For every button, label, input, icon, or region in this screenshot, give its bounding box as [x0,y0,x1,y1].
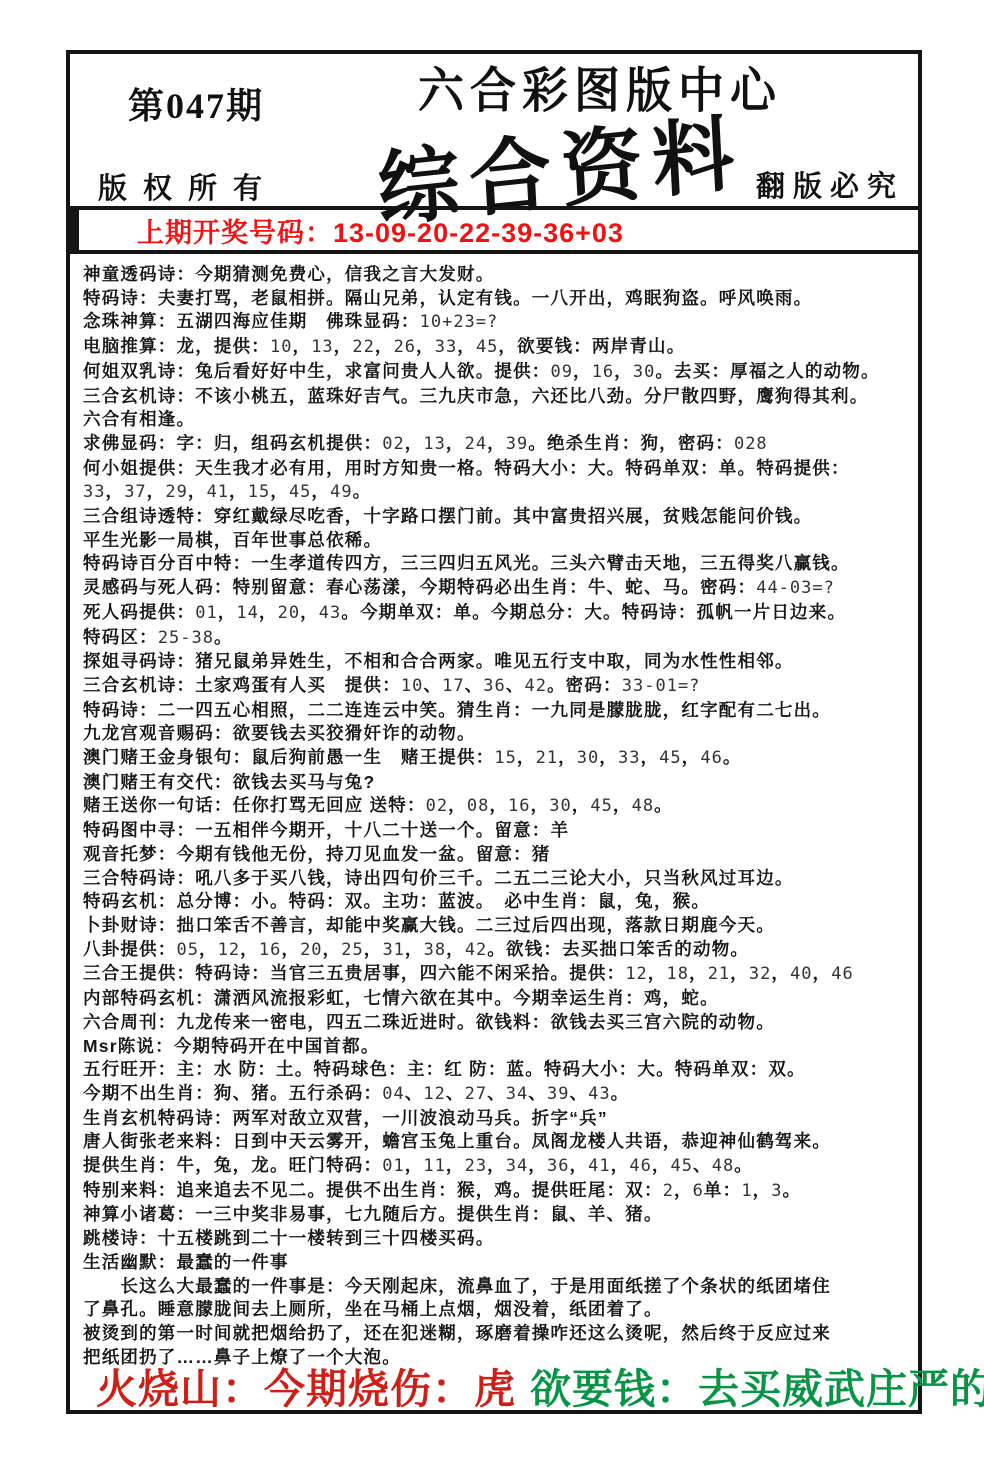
body-line: 何姐双乳诗：兔后看好好中生，求富问贵人人欲。提供：09，16，30。去买：厚福之… [83,360,910,385]
body-line: 探姐寻码诗：猪兄鼠弟异姓生，不相和合合两家。唯见五行支中取，同为水性性相邻。 [83,650,910,674]
body-line: 三合玄机诗：土家鸡蛋有人买 提供：10、17、36、42。密码：33-01=? [83,674,910,699]
body-line: 神童透码诗：今期猜测免费心，信我之言大发财。 [83,263,910,287]
body-line: 特码区：25-38。 [83,626,910,651]
body-line: 特码诗百分百中特：一生孝道传四方，三三四归五风光。三头六臂击天地，三五得奖八赢钱… [83,552,910,576]
body-line: 长这么大最蠢的一件事是：今天刚起床，流鼻血了，于是用面纸搓了个条状的纸团堵住 [83,1275,910,1299]
body-line: 神算小诸葛：一三中奖非易事，七九随后方。提供生肖：鼠、羊、猪。 [83,1203,910,1227]
footer-red-text: 火烧山：今期烧伤：虎 [96,1356,516,1415]
last-draw-row: 上期开奖号码：13-09-20-22-39-36+03 [70,206,918,254]
body-line: 特码诗：夫妻打骂，老鼠相拼。隔山兄弟，认定有钱。一八开出，鸡眠狗盗。呼风唤雨。 [83,287,910,311]
page-frame: 第047期 六合彩图版中心 综合资料 版权所有 翻版必究 上期开奖号码：13-0… [66,50,922,1414]
last-draw-numbers: 上期开奖号码：13-09-20-22-39-36+03 [137,211,624,250]
body-line: 死人码提供：01，14，20，43。今期单双：单。今期总分：大。特码诗：孤帆一片… [83,601,910,626]
body-line: 八卦提供：05，12，16，20，25，31，38，42。欲钱：去买拙口笨舌的动… [83,938,910,963]
body-line: 三合组诗透特：穿红戴绿尽吃香，十字路口摆门前。其中富贵招兴展，贫贱怎能问价钱。 [83,505,910,529]
body-text: 神童透码诗：今期猜测免费心，信我之言大发财。特码诗：夫妻打骂，老鼠相拼。隔山兄弟… [70,258,918,1369]
body-line: 生活幽默：最蠢的一件事 [83,1251,910,1275]
footer-highlight: 火烧山：今期烧伤：虎 欲要钱：去买威武庄严的动物 [96,1360,916,1410]
body-line: 跳楼诗：十五楼跳到二十一楼转到三十四楼买码。 [83,1227,910,1251]
body-line: 平生光影一局棋，百年世事总依稀。 [83,529,910,553]
issue-number: 第047期 [128,78,264,129]
footer-green-text: 欲要钱：去买威武庄严的动物 [530,1356,984,1415]
body-line: 三合特码诗：吼八多于买八钱，诗出四句价三千。二五二三论大小，只当秋风过耳边。 [83,867,910,891]
body-line: 六合有相逢。 [83,408,910,432]
body-line: 了鼻孔。睡意朦胧间去上厕所，坐在马桶上点烟，烟没着，纸团着了。 [83,1298,910,1322]
body-line: 三合王提供：特码诗：当官三五贵居事，四六能不闲采拾。提供：12，18，21，32… [83,962,910,987]
body-line: 特码图中寻：一五相伴今期开，十八二十送一个。留意：羊 [83,819,910,843]
body-line: 六合周刊：九龙传来一密电，四五二珠近进时。欲钱料：欲钱去买三宫六院的动物。 [83,1011,910,1035]
body-line: 澳门赌王金身银句：鼠后狗前愚一生 赌王提供：15，21，30，33，45，46。 [83,746,910,771]
body-line: Msr陈说：今期特码开在中国首都。 [83,1035,910,1059]
body-line: 灵感码与死人码：特别留意：春心荡漾，今期特码必出生肖：牛、蛇、马。密码：44-0… [83,576,910,601]
body-line: 特码诗：二一四五心相照，二二连连云中笑。猜生肖：一九同是朦胧胧，红字配有二七出。 [83,699,910,723]
body-line: 特码玄机：总分博：小。特码：双。主功：蓝波。 必中生肖：鼠，兔，猴。 [83,890,910,914]
body-line: 澳门赌王有交代：欲钱去买马与兔? [83,771,910,795]
body-line: 唐人街张老来料：日到中天云雾开，蟾宫玉兔上重台。凤阁龙楼人共语，恭迎神仙鹤驾来。 [83,1130,910,1154]
body-line: 今期不出生肖：狗、猪。五行杀码：04、12、27、34、39、43。 [83,1082,910,1107]
body-line: 求佛显码：字：归，组码玄机提供：02，13，24，39。绝杀生肖：狗，密码：02… [83,432,910,457]
body-line: 卜卦财诗：拙口笨舌不善言，却能中奖赢大钱。二三过后四出现，落款日期鹿今天。 [83,914,910,938]
body-line: 33，37，29，41，15，45，49。 [83,480,910,505]
body-line: 五行旺开：主：水 防：土。特码球色：主：红 防：蓝。特码大小：大。特码单双：双。 [83,1058,910,1082]
body-line: 生肖玄机特码诗：两军对敌立双营，一川波浪动马兵。折字“兵” [83,1107,910,1131]
body-line: 提供生肖：牛，兔，龙。旺门特码：01，11，23，34，36，41，46，45、… [83,1154,910,1179]
body-line: 念珠神算：五湖四海应佳期 佛珠显码：10+23=? [83,310,910,335]
body-line: 赌王送你一句话：任你打骂无回应 送特：02，08，16，30，45，48。 [83,794,910,819]
body-line: 内部特码玄机：潇洒风流报彩虹，七情六欲在其中。今期幸运生肖：鸡，蛇。 [83,987,910,1011]
body-line: 观音托梦：今期有钱他无份，持刀见血发一盆。留意：猪 [83,843,910,867]
body-line: 电脑推算：龙，提供：10，13，22，26，33，45，欲要钱：两岸青山。 [83,335,910,360]
body-line: 何小姐提供：天生我才必有用，用时方知贵一格。特码大小：大。特码单双：单。特码提供… [83,457,910,481]
header: 第047期 六合彩图版中心 综合资料 版权所有 翻版必究 [70,54,918,206]
copyright-right: 翻版必究 [756,164,904,205]
copyright-left: 版权所有 [98,166,278,207]
body-line: 特别来料：追来追去不见二。提供不出生肖：猴，鸡。提供旺尾：双：2，6单：1，3。 [83,1179,910,1204]
body-line: 九龙宫观音赐码：欲要钱去买狡猾奸诈的动物。 [83,722,910,746]
body-line: 三合玄机诗：不该小桃五，蓝珠好吉气。三九庆市急，六还比八劲。分尸散四野，鹰狗得其… [83,385,910,409]
body-line: 被烫到的第一时间就把烟给扔了，还在犯迷糊，琢磨着操咋还这么烫呢，然后终于反应过来 [83,1322,910,1346]
